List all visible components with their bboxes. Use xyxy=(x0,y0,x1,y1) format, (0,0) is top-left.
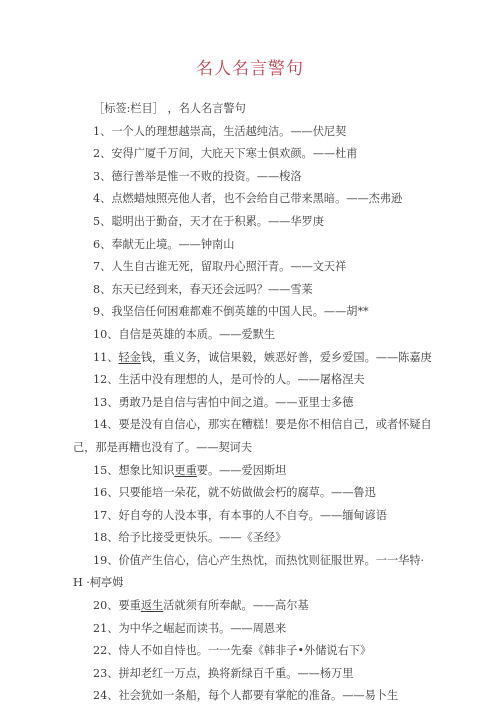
quote-text: 只要能培一朵花，就不妨做做会朽的腐草。——鲁迅 xyxy=(118,486,375,499)
quote-3: 3、德行善举是惟一不败的投资。——梭洛 xyxy=(73,166,433,189)
quote-text-post: 钱，重义务，诚信果毅，嫉恶好善，爱乡爱国。——陈嘉庚 xyxy=(141,351,432,364)
quote-number: 21、 xyxy=(93,622,118,635)
quote-number: 14、 xyxy=(93,418,118,431)
quote-number: 10、 xyxy=(93,328,118,341)
quote-number: 19、 xyxy=(93,554,118,567)
quote-text: 勇敢乃是自信与害怕中间之道。——亚里士多德 xyxy=(118,396,353,409)
quote-8: 8、东天已经到来，春天还会远吗？——雪莱 xyxy=(73,279,433,302)
quote-number: 2、 xyxy=(93,147,111,160)
quote-number: 9、 xyxy=(93,305,111,318)
quote-5: 5、聪明出于勤奋，天才在于积累。——华罗庚 xyxy=(73,211,433,234)
quote-text: 安得广厦千万间，大庇天下寒士俱欢颜。——杜甫 xyxy=(111,147,357,160)
document-body: ［标签:栏目］ ，名人名言警句 1、一个人的理想越崇高，生活越纯洁。——伏尼契 … xyxy=(73,98,433,707)
quote-text: 东天已经到来，春天还会远吗？——雪莱 xyxy=(111,283,312,296)
quote-number: 22、 xyxy=(93,644,118,657)
quote-number: 24、 xyxy=(93,689,118,702)
quote-11: 11、轻金钱，重义务，诚信果毅，嫉恶好善，爱乡爱国。——陈嘉庚 xyxy=(73,347,433,370)
quote-text-pre: 想象比知识 xyxy=(118,464,174,477)
quote-20: 20、要重返生活就须有所奉献。——高尔基 xyxy=(73,595,433,618)
quote-text: 生活中没有理想的人，是可怜的人。——屠格涅夫 xyxy=(118,373,364,386)
quote-16: 16、只要能培一朵花，就不妨做做会朽的腐草。——鲁迅 xyxy=(73,482,433,505)
quote-number: 23、 xyxy=(93,667,118,680)
quote-6: 6、奉献无止境。——钟南山 xyxy=(73,234,433,257)
quote-number: 8、 xyxy=(93,283,111,296)
quote-number: 13、 xyxy=(93,396,118,409)
quote-number: 20、 xyxy=(93,599,118,612)
quote-text: 好自夸的人没本事，有本事的人不自夸。——缅甸谚语 xyxy=(118,509,387,522)
quote-19: 19、价值产生信心，信心产生热忱，而热忱则征服世界。一一华特·H ·柯亭姆 xyxy=(73,550,433,595)
underlined-link[interactable]: 更重 xyxy=(174,464,196,477)
quote-text: 为中华之崛起而读书。——周恩来 xyxy=(118,622,286,635)
quote-number: 7、 xyxy=(93,260,111,273)
quote-text-post: 要。——爱因斯坦 xyxy=(197,464,287,477)
quote-15: 15、想象比知识更重要。——爱因斯坦 xyxy=(73,460,433,483)
quote-number: 15、 xyxy=(93,464,118,477)
quote-number: 1、 xyxy=(93,125,111,138)
quote-7: 7、人生自古谁无死，留取丹心照汗青。——文天祥 xyxy=(73,256,433,279)
quote-text-pre: 要重 xyxy=(118,599,140,612)
quote-22: 22、恃人不如自恃也。一一先秦《韩非子•外储说右下》 xyxy=(73,640,433,663)
quote-2: 2、安得广厦千万间，大庇天下寒士俱欢颜。——杜甫 xyxy=(73,143,433,166)
quote-10: 10、自信是英雄的本质。——爱默生 xyxy=(73,324,433,347)
underlined-link[interactable]: 返生 xyxy=(141,599,163,612)
quote-text: 一个人的理想越崇高，生活越纯洁。——伏尼契 xyxy=(111,125,346,138)
quote-12: 12、生活中没有理想的人，是可怜的人。——屠格涅夫 xyxy=(73,369,433,392)
quote-number: 4、 xyxy=(93,192,111,205)
quote-24: 24、社会犹如一条船，每个人都要有掌舵的准备。——易卜生 xyxy=(73,685,433,707)
quote-text: 价值产生信心，信心产生热忱，而热忱则征服世界。一一华特·H ·柯亭姆 xyxy=(73,554,424,590)
quote-13: 13、勇敢乃是自信与害怕中间之道。——亚里士多德 xyxy=(73,392,433,415)
quote-number: 3、 xyxy=(93,170,111,183)
quote-9: 9、我坚信任何困难都难不倒英雄的中国人民。——胡** xyxy=(73,301,433,324)
quote-number: 17、 xyxy=(93,509,118,522)
quote-4: 4、点燃蜡烛照亮他人者，也不会给自己带来黑暗。——杰弗逊 xyxy=(73,188,433,211)
document-page: 名人名言警句 ［标签:栏目］ ，名人名言警句 1、一个人的理想越崇高，生活越纯洁… xyxy=(0,0,500,707)
quote-14: 14、要是没有自信心，那实在糟糕！要是你不相信自己，或者怀疑自己，那是再糟也没有… xyxy=(73,414,433,459)
underlined-link[interactable]: 轻金 xyxy=(118,351,140,364)
quote-text: 给予比接受更快乐。——《圣经》 xyxy=(118,531,286,544)
tag-line: ［标签:栏目］ ，名人名言警句 xyxy=(73,98,433,121)
quote-text: 自信是英雄的本质。——爱默生 xyxy=(118,328,275,341)
quote-number: 11、 xyxy=(93,351,118,364)
quote-text: 恃人不如自恃也。一一先秦《韩非子•外储说右下》 xyxy=(118,644,371,657)
quote-17: 17、好自夸的人没本事，有本事的人不自夸。——缅甸谚语 xyxy=(73,505,433,528)
quote-text: 拼却老红一万点，换将新绿百千重。——杨万里 xyxy=(118,667,353,680)
quote-text: 人生自古谁无死，留取丹心照汗青。——文天祥 xyxy=(111,260,346,273)
quote-23: 23、拼却老红一万点，换将新绿百千重。——杨万里 xyxy=(73,663,433,686)
quote-text: 奉献无止境。——钟南山 xyxy=(111,238,234,251)
quote-text: 德行善举是惟一不败的投资。——梭洛 xyxy=(111,170,301,183)
quote-text: 点燃蜡烛照亮他人者，也不会给自己带来黑暗。——杰弗逊 xyxy=(111,192,402,205)
quote-text: 要是没有自信心，那实在糟糕！要是你不相信自己，或者怀疑自己，那是再糟也没有了。—… xyxy=(73,418,432,454)
quote-text: 我坚信任何困难都难不倒英雄的中国人民。——胡** xyxy=(111,305,368,318)
quote-1: 1、一个人的理想越崇高，生活越纯洁。——伏尼契 xyxy=(73,121,433,144)
quote-21: 21、为中华之崛起而读书。——周恩来 xyxy=(73,618,433,641)
quote-number: 18、 xyxy=(93,531,118,544)
quote-text: 社会犹如一条船，每个人都要有掌舵的准备。——易卜生 xyxy=(118,689,398,702)
quote-number: 5、 xyxy=(93,215,111,228)
quote-text-post: 活就须有所奉献。——高尔基 xyxy=(163,599,308,612)
quote-number: 16、 xyxy=(93,486,118,499)
quote-text: 聪明出于勤奋，天才在于积累。——华罗庚 xyxy=(111,215,324,228)
quote-number: 12、 xyxy=(93,373,118,386)
quote-number: 6、 xyxy=(93,238,111,251)
quote-18: 18、给予比接受更快乐。——《圣经》 xyxy=(73,527,433,550)
page-title: 名人名言警句 xyxy=(0,58,500,80)
